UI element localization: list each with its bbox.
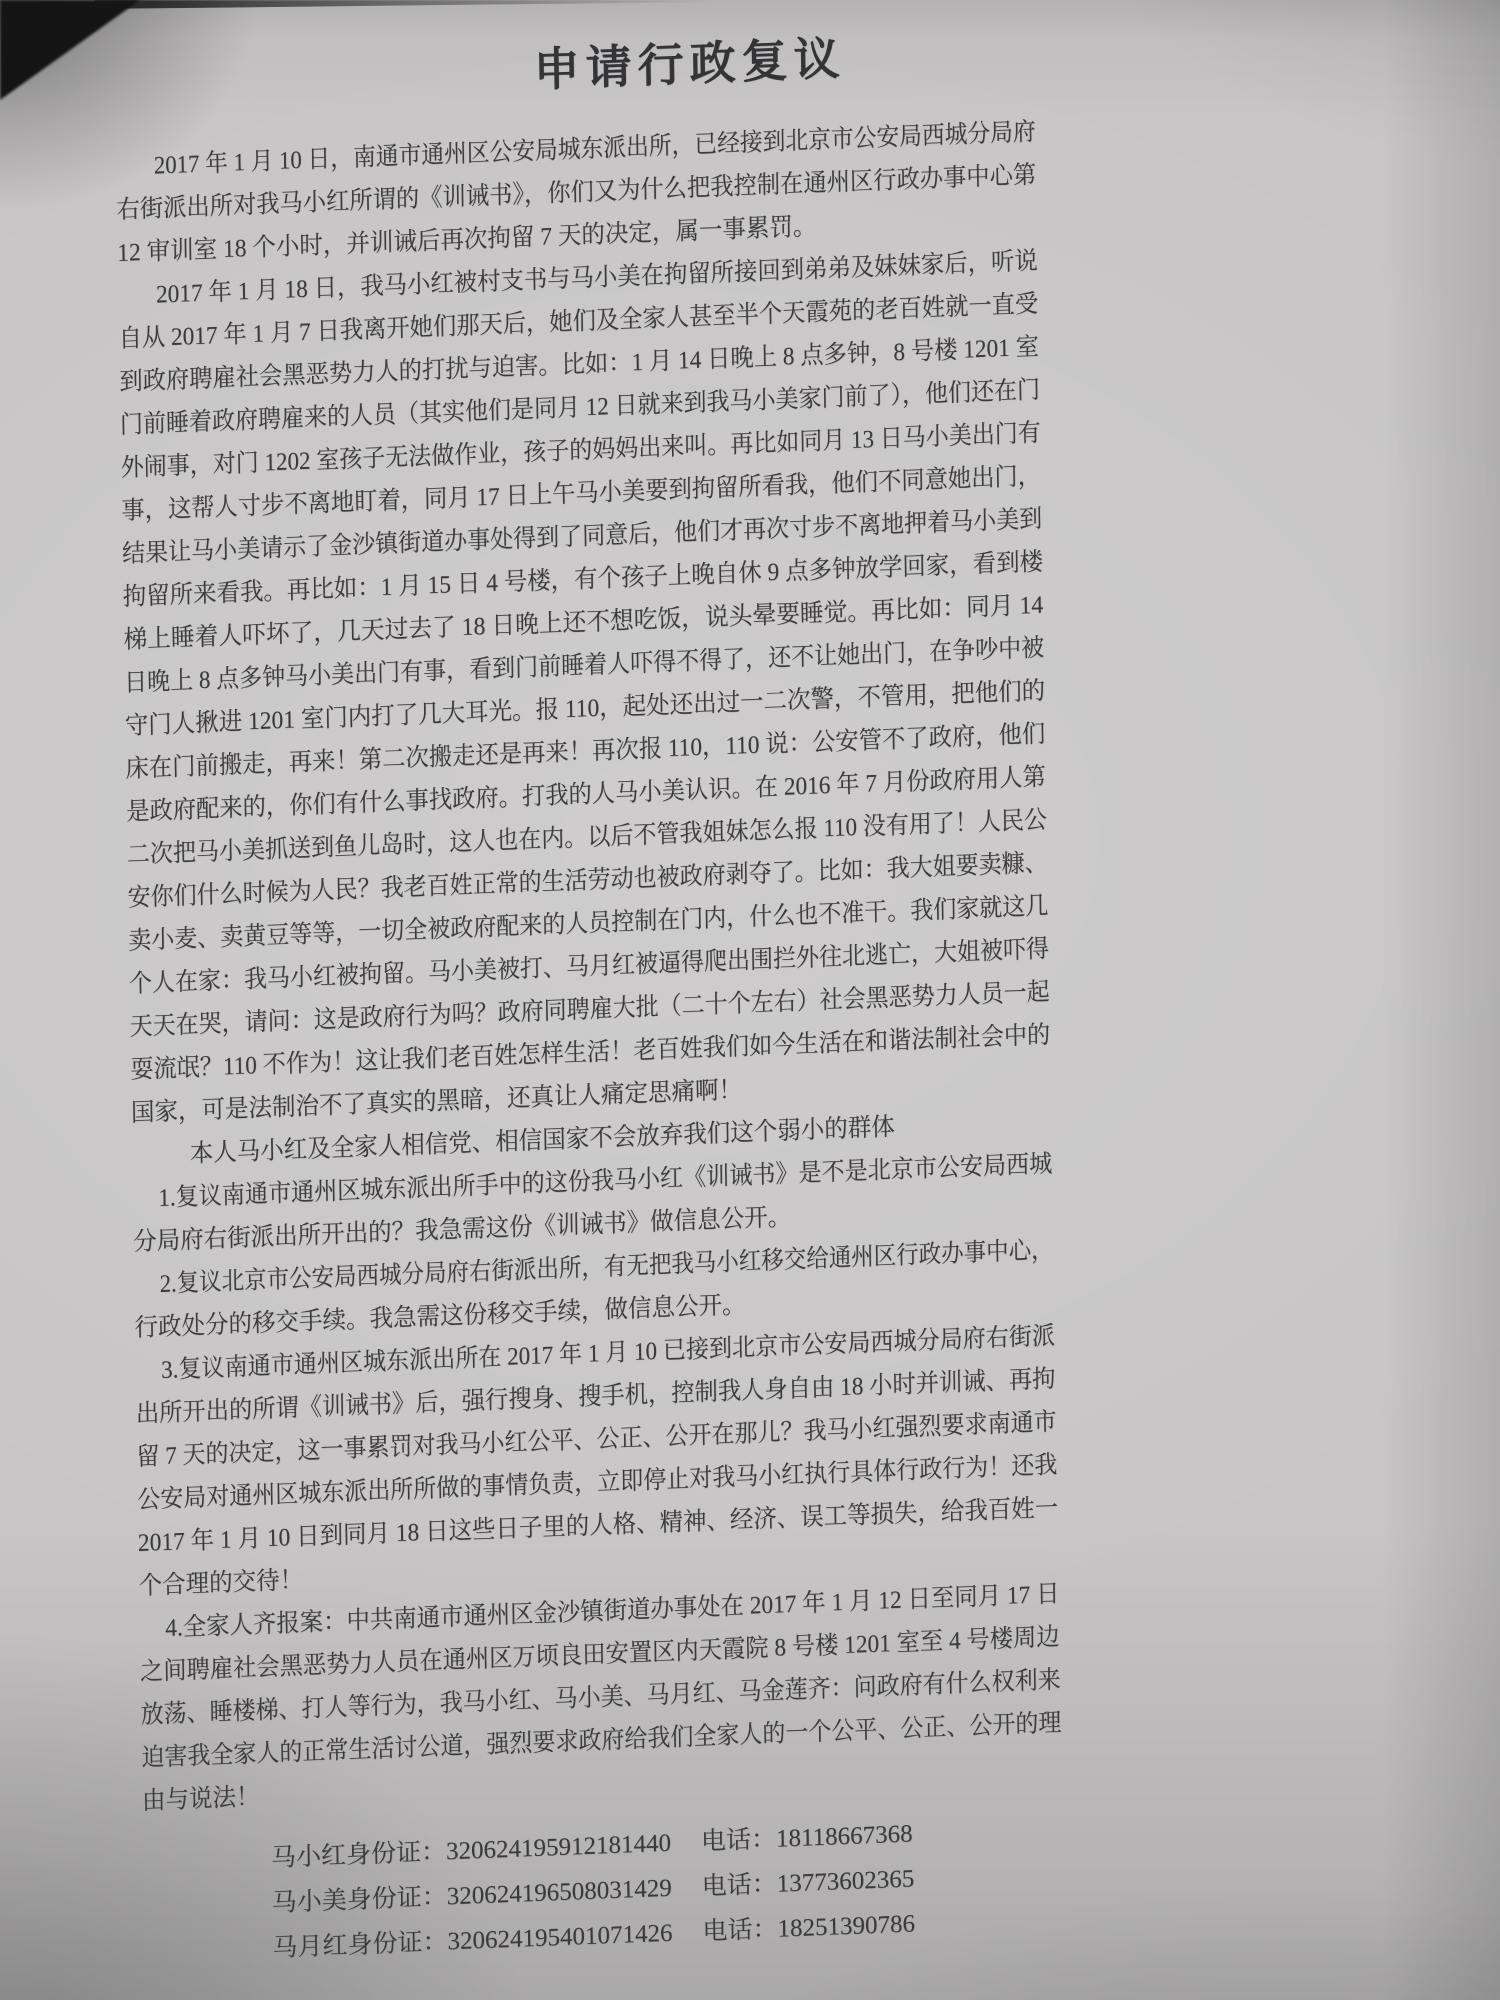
page-title: 申请行政复议: [229, 16, 1150, 113]
document-page: 申请行政复议 2017 年 1 月 10 日，南通市通州区公安局城东派出所，已经…: [114, 15, 1065, 1976]
phone-number: 电话：18118667368: [701, 1811, 913, 1864]
paper-top-edge-shadow: [95, 0, 715, 9]
phone-number: 电话：18251390786: [702, 1901, 915, 1954]
photo-background: 申请行政复议 2017 年 1 月 10 日，南通市通州区公安局城东派出所，已经…: [0, 0, 1500, 2000]
phone-number: 电话：13773602365: [701, 1856, 914, 1909]
document-lines: 2017 年 1 月 10 日，南通市通州区公安局城东派出所，已经接到北京市公安…: [116, 111, 1063, 1823]
page-title-text: 申请行政复议: [533, 33, 846, 96]
contact-footer: 马小红身份证：320624195912181440电话：18118667368马…: [143, 1806, 1065, 1976]
